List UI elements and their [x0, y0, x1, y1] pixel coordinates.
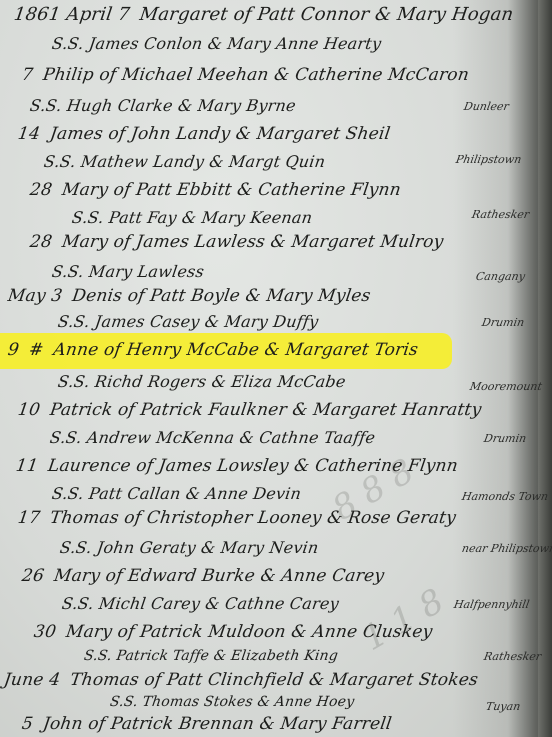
- entry-names: Mary of Patrick Muldoon & Anne Cluskey: [65, 622, 434, 642]
- entry-date: May 3: [7, 286, 64, 306]
- entry-date: 14: [17, 124, 42, 144]
- entry-date: 11: [15, 456, 40, 476]
- entry-date: 5: [21, 714, 35, 734]
- register-page: 8 8 8 1 1 8 1861 April 7Margaret of Patt…: [0, 0, 552, 737]
- entry-names: Mary of Patt Ebbitt & Catherine Flynn: [61, 180, 403, 200]
- entry-names: Denis of Patt Boyle & Mary Myles: [71, 286, 372, 306]
- margin-townland: Rathesker: [483, 650, 542, 663]
- entry-sponsors-line: S.S. James Conlon & Mary Anne Hearty: [51, 34, 383, 53]
- entry-baptism-line: 7Philip of Michael Meehan & Catherine Mc…: [21, 65, 471, 85]
- entry-sponsors-line: S.S. Richd Rogers & Eliza McCabe: [57, 372, 347, 391]
- margin-townland: near Philipstown: [461, 542, 552, 555]
- margin-townland: Rathesker: [471, 208, 530, 221]
- entry-sponsors-line: S.S. Michl Carey & Cathne Carey: [61, 594, 341, 613]
- entry-names: Anne of Henry McCabe & Margaret Toris: [52, 340, 419, 360]
- entry-names: James of John Landy & Margaret Sheil: [49, 124, 392, 144]
- margin-townland: Drumin: [481, 316, 525, 329]
- margin-townland: Hamonds Town: [461, 490, 549, 503]
- margin-townland: Dunleer: [463, 100, 510, 113]
- entry-baptism-line: 17Thomas of Christopher Looney & Rose Ge…: [17, 508, 458, 528]
- entry-baptism-line: 11Laurence of James Lowsley & Catherine …: [15, 456, 460, 476]
- margin-townland: Halfpennyhill: [453, 598, 531, 611]
- entry-sponsors-line: S.S. Patt Callan & Anne Devin: [51, 484, 303, 503]
- hash-mark: #: [28, 340, 45, 360]
- entry-date: 1861 April 7: [13, 4, 132, 25]
- entry-date: 17: [17, 508, 42, 528]
- margin-townland: Tuyan: [485, 700, 522, 713]
- margin-townland: Cangany: [475, 270, 526, 283]
- entry-sponsors-line: S.S. Patt Fay & Mary Keenan: [71, 208, 314, 227]
- entry-names: Patrick of Patrick Faulkner & Margaret H…: [49, 400, 483, 420]
- entry-names: Mary of Edward Burke & Anne Carey: [53, 566, 386, 586]
- entry-sponsors-line: S.S. Mathew Landy & Margt Quin: [43, 152, 327, 171]
- entry-date: 28: [29, 232, 54, 252]
- entry-sponsors-line: S.S. Thomas Stokes & Anne Hoey: [109, 694, 355, 710]
- entry-date: 10: [17, 400, 42, 420]
- entry-names: Thomas of Patt Clinchfield & Margaret St…: [69, 670, 480, 690]
- bleed-through-marks: 1 1 8: [356, 581, 451, 659]
- margin-townland: Drumin: [483, 432, 527, 445]
- entry-baptism-line: 28Mary of Patt Ebbitt & Catherine Flynn: [29, 180, 403, 200]
- entry-date: 9: [7, 340, 21, 360]
- entry-baptism-line: 14James of John Landy & Margaret Sheil: [17, 124, 392, 144]
- entry-baptism-line: 26Mary of Edward Burke & Anne Carey: [21, 566, 386, 586]
- entry-sponsors-line: S.S. Hugh Clarke & Mary Byrne: [29, 96, 297, 115]
- margin-townland: Philipstown: [455, 153, 523, 166]
- entry-names: Thomas of Christopher Looney & Rose Gera…: [49, 508, 458, 528]
- entry-sponsors-line: S.S. Andrew McKenna & Cathne Taaffe: [49, 428, 377, 447]
- entry-baptism-line: June 4Thomas of Patt Clinchfield & Marga…: [3, 670, 480, 690]
- entry-names: Mary of James Lawless & Margaret Mulroy: [61, 232, 445, 252]
- entry-baptism-line-highlighted: 9#Anne of Henry McCabe & Margaret Toris: [7, 340, 420, 360]
- entry-date: June 4: [3, 670, 62, 690]
- book-spine: [538, 0, 552, 737]
- entry-baptism-line: 10Patrick of Patrick Faulkner & Margaret…: [17, 400, 483, 420]
- entry-baptism-line: May 3Denis of Patt Boyle & Mary Myles: [7, 286, 372, 306]
- entry-names: John of Patrick Brennan & Mary Farrell: [42, 714, 393, 734]
- entry-sponsors-line: S.S. Patrick Taffe & Elizabeth King: [83, 648, 339, 664]
- entry-sponsors-line: S.S. John Geraty & Mary Nevin: [59, 538, 320, 557]
- entry-names: Margaret of Patt Connor & Mary Hogan: [138, 4, 515, 25]
- entry-names: Laurence of James Lowsley & Catherine Fl…: [47, 456, 460, 476]
- entry-sponsors-line: S.S. James Casey & Mary Duffy: [57, 312, 320, 331]
- entry-date: 28: [29, 180, 54, 200]
- entry-date: 30: [33, 622, 58, 642]
- entry-names: Philip of Michael Meehan & Catherine McC…: [42, 65, 471, 85]
- entry-baptism-line: 28Mary of James Lawless & Margaret Mulro…: [29, 232, 445, 252]
- entry-date: 7: [21, 65, 35, 85]
- margin-townland: Mooremount: [469, 380, 543, 393]
- entry-baptism-line: 5John of Patrick Brennan & Mary Farrell: [21, 714, 393, 734]
- entry-date: 26: [21, 566, 46, 586]
- entry-baptism-line: 1861 April 7Margaret of Patt Connor & Ma…: [13, 4, 515, 25]
- entry-baptism-line: 30Mary of Patrick Muldoon & Anne Cluskey: [33, 622, 434, 642]
- entry-sponsors-line: S.S. Mary Lawless: [51, 262, 206, 281]
